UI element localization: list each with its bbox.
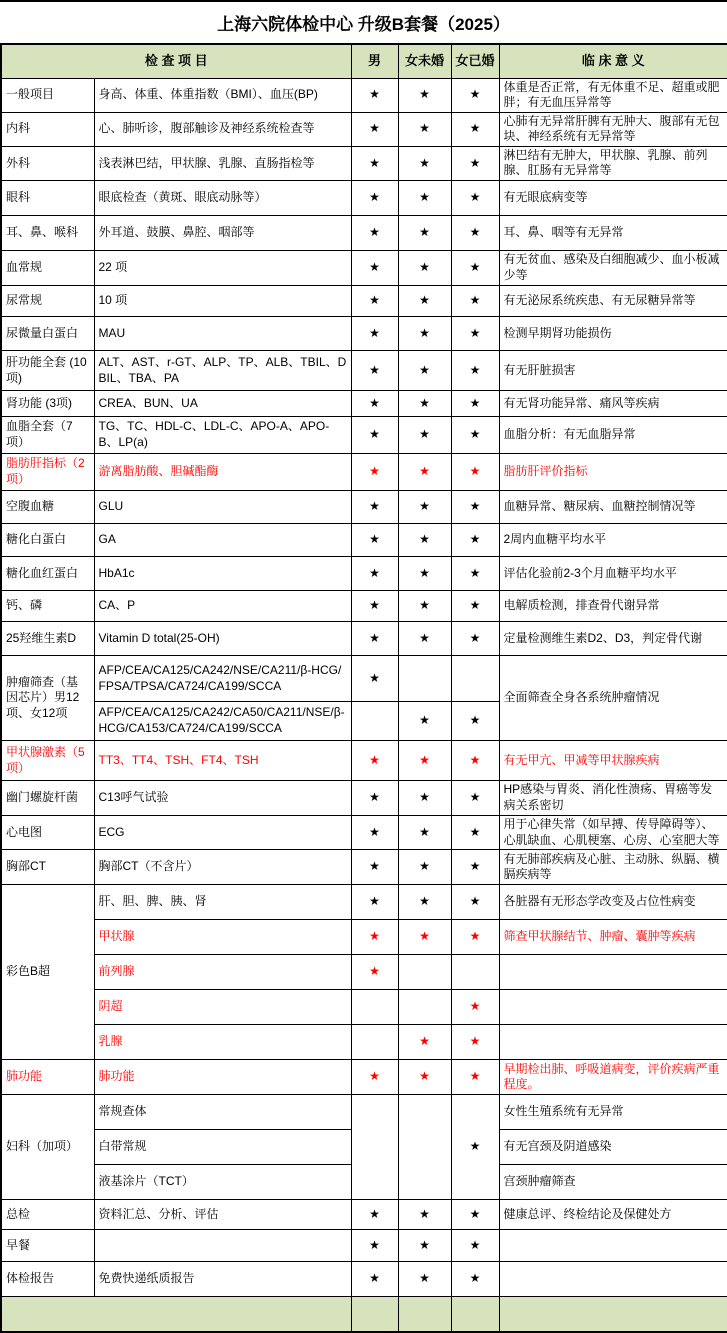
item-cell: CREA、BUN、UA	[94, 391, 351, 417]
category-cell: 内科	[1, 112, 94, 146]
item-cell: AFP/CEA/CA125/CA242/CA50/CA211/NSE/β-HCG…	[94, 702, 351, 741]
star-female-unmarried-cell: ★	[398, 491, 451, 524]
item-cell: 胸部CT（不含片）	[94, 850, 351, 885]
star-female-married-cell: ★	[451, 454, 499, 491]
item-cell: GA	[94, 524, 351, 557]
star-female-married-cell: ★	[451, 1025, 499, 1060]
star-female-married-cell: ★	[451, 112, 499, 146]
table-row: 耳、鼻、喉科外耳道、鼓膜、鼻腔、咽部等★★★耳、鼻、咽等有无异常	[1, 216, 727, 251]
item-cell: 身高、体重、体重指数（BMI）、血压(BP)	[94, 78, 351, 112]
meaning-cell	[499, 1262, 727, 1297]
category-cell: 胸部CT	[1, 850, 94, 885]
category-cell: 妇科（加项）	[1, 1095, 94, 1200]
table-row: 肾功能 (3项)CREA、BUN、UA★★★有无肾功能异常、痛风等疾病	[1, 391, 727, 417]
female-married-cell: 女已婚	[451, 44, 499, 78]
table-row: 心电图ECG★★★用于心律失常（如早搏、传导障碍等）、心肌缺血、心肌梗塞、心房、…	[1, 816, 727, 850]
item-cell: TG、TC、HDL-C、LDL-C、APO-A、APO-B、LP(a)	[94, 417, 351, 454]
meaning-cell: 评估化验前2-3个月血糖平均水平	[499, 557, 727, 591]
table-row: 糖化血红蛋白HbA1c★★★评估化验前2-3个月血糖平均水平	[1, 557, 727, 591]
item-cell: 常规查体	[94, 1095, 351, 1130]
meaning-cell: 心肺有无异常肝脾有无肿大、腹部有无包块、神经系统有无异常等	[499, 112, 727, 146]
category-cell: 空腹血糖	[1, 491, 94, 524]
star-female-married-cell: ★	[451, 1262, 499, 1297]
item-cell	[94, 1230, 351, 1262]
star-female-unmarried-cell: ★	[398, 417, 451, 454]
star-female-married-cell: ★	[451, 1200, 499, 1230]
female-married-cell	[451, 955, 499, 990]
star-male-cell: ★	[351, 216, 398, 251]
table-row: 外科浅表淋巴结，甲状腺、乳腺、直肠指检等★★★淋巴结有无肿大，甲状腺、乳腺、前列…	[1, 146, 727, 180]
meaning-cell: 淋巴结有无肿大，甲状腺、乳腺、前列腺、肛肠有无异常等	[499, 146, 727, 180]
item-cell: 心、肺听诊，腹部触诊及神经系统检查等	[94, 112, 351, 146]
star-female-married-cell: ★	[451, 251, 499, 286]
item-cell: 游离脂肪酸、胆碱酯酶	[94, 454, 351, 491]
meaning-cell: 有无肺部疾病及心脏、主动脉、纵膈、横膈疾病等	[499, 850, 727, 885]
table-row: 胸部CT胸部CT（不含片）★★★有无肺部疾病及心脏、主动脉、纵膈、横膈疾病等	[1, 850, 727, 885]
page-title: 上海六院体检中心 升级B套餐（2025）	[0, 2, 727, 43]
meaning-cell: 耳、鼻、咽等有无异常	[499, 216, 727, 251]
category-cell: 幽门螺旋杆菌	[1, 781, 94, 816]
star-female-married-cell: ★	[451, 146, 499, 180]
star-female-married-cell: ★	[451, 317, 499, 351]
meaning-cell: 定量检测维生素D2、D3，判定骨代谢	[499, 622, 727, 656]
meaning-cell: 健康总评、终检结论及保健处方	[499, 1200, 727, 1230]
star-male-cell: ★	[351, 622, 398, 656]
category-cell: 甲状腺激素（5项）	[1, 741, 94, 781]
category-cell: 脂肪肝指标（2项）	[1, 454, 94, 491]
star-female-married-cell: ★	[451, 622, 499, 656]
male-cell: 男	[351, 44, 398, 78]
male-cell	[351, 702, 398, 741]
star-male-cell: ★	[351, 920, 398, 955]
item-cell: 前列腺	[94, 955, 351, 990]
star-female-married-cell: ★	[451, 591, 499, 622]
table-row: 阴超★	[1, 990, 727, 1025]
meaning-cell: 宫颈肿瘤筛查	[499, 1165, 727, 1200]
star-male-cell: ★	[351, 885, 398, 920]
meaning-cell	[499, 990, 727, 1025]
star-female-married-cell: ★	[451, 885, 499, 920]
meaning-cell: HP感染与胃炎、消化性溃疡、胃癌等发病关系密切	[499, 781, 727, 816]
male-cell	[351, 1025, 398, 1060]
category-cell: 血常规	[1, 251, 94, 286]
item-cell: 浅表淋巴结，甲状腺、乳腺、直肠指检等	[94, 146, 351, 180]
star-male-cell: ★	[351, 1200, 398, 1230]
category-cell: 尿微量白蛋白	[1, 317, 94, 351]
category-cell: 耳、鼻、喉科	[1, 216, 94, 251]
meaning-cell: 血糖异常、糖尿病、血糖控制情况等	[499, 491, 727, 524]
meaning-cell: 检测早期肾功能损伤	[499, 317, 727, 351]
star-female-married-cell: ★	[451, 1095, 499, 1200]
star-female-unmarried-cell: ★	[398, 557, 451, 591]
meaning-cell: 早期检出肺、呼吸道病变，评价疾病严重程度。	[499, 1060, 727, 1095]
table-row: 内科心、肺听诊，腹部触诊及神经系统检查等★★★心肺有无异常肝脾有无肿大、腹部有无…	[1, 112, 727, 146]
item-cell: C13呼气试验	[94, 781, 351, 816]
star-female-unmarried-cell: ★	[398, 216, 451, 251]
item-cell: 免费快递纸质报告	[94, 1262, 351, 1297]
star-female-married-cell: ★	[451, 741, 499, 781]
category-cell: 外科	[1, 146, 94, 180]
star-female-married-cell: ★	[451, 351, 499, 391]
female-unmarried-cell	[398, 656, 451, 702]
star-male-cell: ★	[351, 557, 398, 591]
meaning-cell	[499, 1230, 727, 1262]
item-cell: 22 项	[94, 251, 351, 286]
star-male-cell: ★	[351, 491, 398, 524]
meaning-cell: 有无甲亢、甲减等甲状腺疾病	[499, 741, 727, 781]
star-male-cell: ★	[351, 656, 398, 702]
item-cell: GLU	[94, 491, 351, 524]
category-cell: 肺功能	[1, 1060, 94, 1095]
star-male-cell: ★	[351, 286, 398, 317]
meaning-cell: 有无肾功能异常、痛风等疾病	[499, 391, 727, 417]
table-row: 甲状腺★★★筛查甲状腺结节、肿瘤、囊肿等疾病	[1, 920, 727, 955]
item-cell: CA、P	[94, 591, 351, 622]
star-female-unmarried-cell: ★	[398, 1060, 451, 1095]
star-female-married-cell: ★	[451, 181, 499, 216]
item-cell: AFP/CEA/CA125/CA242/NSE/CA211/β-HCG/FPSA…	[94, 656, 351, 702]
footer-row	[1, 1297, 727, 1332]
star-female-unmarried-cell: ★	[398, 351, 451, 391]
star-female-married-cell: ★	[451, 286, 499, 317]
table-row: 空腹血糖GLU★★★血糖异常、糖尿病、血糖控制情况等	[1, 491, 727, 524]
category-cell: 糖化白蛋白	[1, 524, 94, 557]
star-male-cell: ★	[351, 391, 398, 417]
item-cell: 肺功能	[94, 1060, 351, 1095]
male-cell	[351, 1297, 398, 1332]
table-row: 血常规22 项★★★有无贫血、感染及白细胞减少、血小板减少等	[1, 251, 727, 286]
star-male-cell: ★	[351, 816, 398, 850]
category-cell: 血脂全套（7项）	[1, 417, 94, 454]
table-row: 眼科眼底检查（黄斑、眼底动脉等）★★★有无眼底病变等	[1, 181, 727, 216]
category-cell: 肝功能全套 (10项)	[1, 351, 94, 391]
category-cell	[1, 1297, 351, 1332]
star-female-unmarried-cell: ★	[398, 251, 451, 286]
star-female-married-cell: ★	[451, 850, 499, 885]
category-cell: 早餐	[1, 1230, 94, 1262]
star-female-married-cell: ★	[451, 391, 499, 417]
category-cell: 眼科	[1, 181, 94, 216]
star-female-unmarried-cell: ★	[398, 181, 451, 216]
category-cell: 心电图	[1, 816, 94, 850]
category-cell: 体检报告	[1, 1262, 94, 1297]
meaning-cell: 有无宫颈及阴道感染	[499, 1130, 727, 1165]
star-female-married-cell: ★	[451, 524, 499, 557]
meaning-cell	[499, 1025, 727, 1060]
star-female-unmarried-cell: ★	[398, 112, 451, 146]
star-female-unmarried-cell: ★	[398, 286, 451, 317]
meaning-cell: 体重是否正常，有无体重不足、超重或肥胖；有无血压异常等	[499, 78, 727, 112]
meaning-cell: 电解质检测，排查骨代谢异常	[499, 591, 727, 622]
category-cell: 检 查 项 目	[1, 44, 351, 78]
female-unmarried-cell	[398, 1095, 451, 1200]
meaning-cell: 有无眼底病变等	[499, 181, 727, 216]
star-female-married-cell: ★	[451, 216, 499, 251]
star-female-unmarried-cell: ★	[398, 317, 451, 351]
table-row: 脂肪肝指标（2项）游离脂肪酸、胆碱酯酶★★★脂肪肝评价指标	[1, 454, 727, 491]
table-row: 糖化白蛋白GA★★★2周内血糖平均水平	[1, 524, 727, 557]
star-male-cell: ★	[351, 78, 398, 112]
meaning-cell: 2周内血糖平均水平	[499, 524, 727, 557]
star-male-cell: ★	[351, 955, 398, 990]
female-unmarried-cell	[398, 990, 451, 1025]
star-male-cell: ★	[351, 417, 398, 454]
category-cell: 尿常规	[1, 286, 94, 317]
meaning-cell: 有无泌尿系统疾患、有无尿糖异常等	[499, 286, 727, 317]
female-married-cell	[451, 656, 499, 702]
star-male-cell: ★	[351, 741, 398, 781]
table-row: 肝功能全套 (10项)ALT、AST、r-GT、ALP、TP、ALB、TBIL、…	[1, 351, 727, 391]
item-cell: 乳腺	[94, 1025, 351, 1060]
category-cell: 糖化血红蛋白	[1, 557, 94, 591]
item-cell: TT3、TT4、TSH、FT4、TSH	[94, 741, 351, 781]
table-row: 幽门螺旋杆菌C13呼气试验★★★HP感染与胃炎、消化性溃疡、胃癌等发病关系密切	[1, 781, 727, 816]
item-cell: 阴超	[94, 990, 351, 1025]
female-unmarried-cell: 女未婚	[398, 44, 451, 78]
female-unmarried-cell	[398, 955, 451, 990]
meaning-cell: 筛查甲状腺结节、肿瘤、囊肿等疾病	[499, 920, 727, 955]
item-cell: 外耳道、鼓膜、鼻腔、咽部等	[94, 216, 351, 251]
star-male-cell: ★	[351, 1230, 398, 1262]
table-row: 25羟维生素DVitamin D total(25-OH)★★★定量检测维生素D…	[1, 622, 727, 656]
header-row: 检 查 项 目男女未婚女已婚临 床 意 义	[1, 44, 727, 78]
meaning-cell: 女性生殖系统有无异常	[499, 1095, 727, 1130]
star-female-married-cell: ★	[451, 816, 499, 850]
meaning-cell: 临 床 意 义	[499, 44, 727, 78]
star-female-unmarried-cell: ★	[398, 885, 451, 920]
star-female-unmarried-cell: ★	[398, 920, 451, 955]
star-male-cell: ★	[351, 317, 398, 351]
star-female-unmarried-cell: ★	[398, 1230, 451, 1262]
star-female-unmarried-cell: ★	[398, 1200, 451, 1230]
star-female-unmarried-cell: ★	[398, 146, 451, 180]
male-cell	[351, 1095, 398, 1200]
star-female-unmarried-cell: ★	[398, 524, 451, 557]
star-male-cell: ★	[351, 850, 398, 885]
checkup-package-sheet: 上海六院体检中心 升级B套餐（2025） 检 查 项 目男女未婚女已婚临 床 意…	[0, 0, 727, 1333]
item-cell: MAU	[94, 317, 351, 351]
male-cell	[351, 990, 398, 1025]
female-unmarried-cell	[398, 1297, 451, 1332]
star-male-cell: ★	[351, 351, 398, 391]
meaning-cell	[499, 1297, 727, 1332]
star-female-married-cell: ★	[451, 990, 499, 1025]
table-row: 乳腺★★	[1, 1025, 727, 1060]
star-female-unmarried-cell: ★	[398, 591, 451, 622]
star-female-unmarried-cell: ★	[398, 781, 451, 816]
table-row: 妇科（加项）常规查体★女性生殖系统有无异常	[1, 1095, 727, 1130]
item-cell: 白带常规	[94, 1130, 351, 1165]
female-married-cell	[451, 1297, 499, 1332]
meaning-cell	[499, 955, 727, 990]
meaning-cell: 全面筛查全身各系统肿瘤情况	[499, 656, 727, 741]
star-female-unmarried-cell: ★	[398, 850, 451, 885]
star-female-unmarried-cell: ★	[398, 622, 451, 656]
star-female-married-cell: ★	[451, 491, 499, 524]
star-female-unmarried-cell: ★	[398, 816, 451, 850]
table-row: 总检资料汇总、分析、评估★★★健康总评、终检结论及保健处方	[1, 1200, 727, 1230]
table-row: 一般项目身高、体重、体重指数（BMI）、血压(BP)★★★体重是否正常，有无体重…	[1, 78, 727, 112]
category-cell: 一般项目	[1, 78, 94, 112]
star-male-cell: ★	[351, 1060, 398, 1095]
checkup-table: 检 查 项 目男女未婚女已婚临 床 意 义一般项目身高、体重、体重指数（BMI）…	[0, 43, 727, 1333]
star-female-married-cell: ★	[451, 557, 499, 591]
category-cell: 肾功能 (3项)	[1, 391, 94, 417]
meaning-cell: 有无肝脏损害	[499, 351, 727, 391]
star-male-cell: ★	[351, 112, 398, 146]
meaning-cell: 脂肪肝评价指标	[499, 454, 727, 491]
table-row: 彩色B超肝、胆、脾、胰、肾★★★各脏器有无形态学改变及占位性病变	[1, 885, 727, 920]
table-row: 尿常规10 项★★★有无泌尿系统疾患、有无尿糖异常等	[1, 286, 727, 317]
meaning-cell: 用于心律失常（如早搏、传导障碍等）、心肌缺血、心肌梗塞、心房、心室肥大等	[499, 816, 727, 850]
star-male-cell: ★	[351, 781, 398, 816]
star-female-married-cell: ★	[451, 781, 499, 816]
item-cell: 甲状腺	[94, 920, 351, 955]
meaning-cell: 各脏器有无形态学改变及占位性病变	[499, 885, 727, 920]
item-cell: 眼底检查（黄斑、眼底动脉等）	[94, 181, 351, 216]
star-male-cell: ★	[351, 524, 398, 557]
star-female-unmarried-cell: ★	[398, 454, 451, 491]
star-male-cell: ★	[351, 454, 398, 491]
star-male-cell: ★	[351, 251, 398, 286]
category-cell: 钙、磷	[1, 591, 94, 622]
category-cell: 25羟维生素D	[1, 622, 94, 656]
category-cell: 肿瘤筛查（基因芯片）男12项、女12项	[1, 656, 94, 741]
star-female-married-cell: ★	[451, 920, 499, 955]
table-row: 肿瘤筛查（基因芯片）男12项、女12项AFP/CEA/CA125/CA242/N…	[1, 656, 727, 702]
star-male-cell: ★	[351, 181, 398, 216]
table-row: 钙、磷CA、P★★★电解质检测，排查骨代谢异常	[1, 591, 727, 622]
star-female-married-cell: ★	[451, 78, 499, 112]
star-female-unmarried-cell: ★	[398, 1025, 451, 1060]
star-female-unmarried-cell: ★	[398, 702, 451, 741]
star-female-married-cell: ★	[451, 1060, 499, 1095]
star-male-cell: ★	[351, 591, 398, 622]
item-cell: 肝、胆、脾、胰、肾	[94, 885, 351, 920]
item-cell: 10 项	[94, 286, 351, 317]
meaning-cell: 血脂分析：有无血脂异常	[499, 417, 727, 454]
table-row: 早餐★★★	[1, 1230, 727, 1262]
meaning-cell: 有无贫血、感染及白细胞减少、血小板减少等	[499, 251, 727, 286]
star-female-unmarried-cell: ★	[398, 78, 451, 112]
star-male-cell: ★	[351, 1262, 398, 1297]
star-female-married-cell: ★	[451, 702, 499, 741]
star-female-married-cell: ★	[451, 417, 499, 454]
table-row: 甲状腺激素（5项）TT3、TT4、TSH、FT4、TSH★★★有无甲亢、甲减等甲…	[1, 741, 727, 781]
star-female-unmarried-cell: ★	[398, 1262, 451, 1297]
star-female-married-cell: ★	[451, 1230, 499, 1262]
star-female-unmarried-cell: ★	[398, 741, 451, 781]
item-cell: ALT、AST、r-GT、ALP、TP、ALB、TBIL、DBIL、TBA、PA	[94, 351, 351, 391]
item-cell: 液基涂片（TCT）	[94, 1165, 351, 1200]
item-cell: Vitamin D total(25-OH)	[94, 622, 351, 656]
item-cell: ECG	[94, 816, 351, 850]
table-row: 血脂全套（7项）TG、TC、HDL-C、LDL-C、APO-A、APO-B、LP…	[1, 417, 727, 454]
category-cell: 总检	[1, 1200, 94, 1230]
item-cell: 资料汇总、分析、评估	[94, 1200, 351, 1230]
star-female-unmarried-cell: ★	[398, 391, 451, 417]
table-row: 前列腺★	[1, 955, 727, 990]
category-cell: 彩色B超	[1, 885, 94, 1060]
item-cell: HbA1c	[94, 557, 351, 591]
table-row: 肺功能肺功能★★★早期检出肺、呼吸道病变，评价疾病严重程度。	[1, 1060, 727, 1095]
table-row: 体检报告免费快递纸质报告★★★	[1, 1262, 727, 1297]
table-row: 尿微量白蛋白MAU★★★检测早期肾功能损伤	[1, 317, 727, 351]
star-male-cell: ★	[351, 146, 398, 180]
